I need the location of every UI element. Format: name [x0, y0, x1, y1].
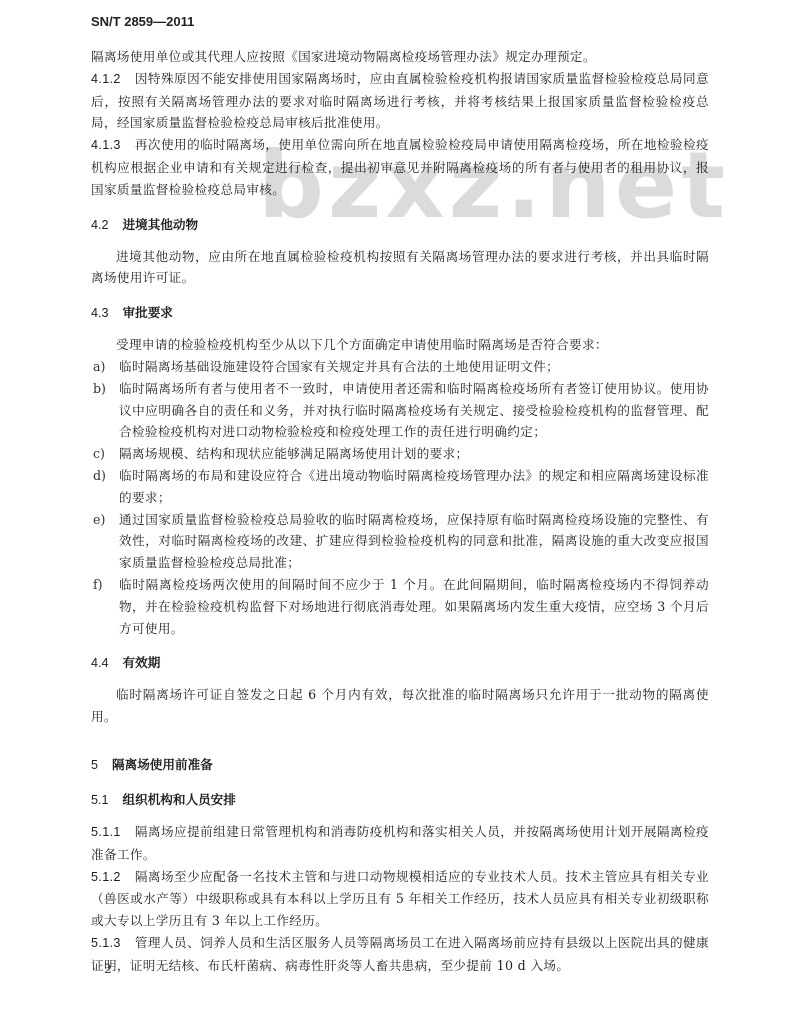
page-number: 2: [104, 962, 112, 976]
heading-title: 有效期: [123, 655, 161, 670]
clause-5-1-2: 5.1.2隔离场至少应配备一名技术主管和与进口动物规模相适应的专业技术人员。技术…: [91, 866, 709, 932]
clause-4-1-3: 4.1.3再次使用的临时隔离场，使用单位需向所在地直属检验检疫局申请使用隔离检疫…: [91, 134, 709, 200]
list-text: 临时隔离检疫场两次使用的间隔时间不应少于 1 个月。在此间隔期间，临时隔离检疫场…: [119, 574, 709, 639]
paragraph-4-1-1-continued: 隔离场使用单位或其代理人应按照《国家进境动物隔离检疫场管理办法》规定办理预定。: [91, 46, 709, 68]
list-text: 临时隔离场的布局和建设应符合《进出境动物临时隔离检疫场管理办法》的规定和相应隔离…: [119, 465, 709, 509]
heading-number: 4.4: [91, 656, 109, 670]
heading-4-4: 4.4有效期: [91, 652, 709, 674]
heading-4-3: 4.3审批要求: [91, 302, 709, 324]
heading-5-1: 5.1组织机构和人员安排: [91, 789, 709, 811]
page-content: 隔离场使用单位或其代理人应按照《国家进境动物隔离检疫场管理办法》规定办理预定。 …: [91, 46, 709, 977]
heading-title: 隔离场使用前准备: [112, 757, 213, 772]
list-item-c: c)隔离场规模、结构和现状应能够满足隔离场使用计划的要求；: [91, 443, 709, 465]
list-marker: c): [91, 443, 119, 465]
standard-code-header: SN/T 2859—2011: [91, 14, 194, 29]
clause-text: 管理人员、饲养人员和生活区服务人员等隔离场员工在进入隔离场前应持有县级以上医院出…: [91, 935, 709, 973]
document-page: SN/T 2859—2011 bzxz.net 隔离场使用单位或其代理人应按照《…: [0, 0, 800, 1034]
paragraph-4-3: 受理申请的检验检疫机构至少从以下几个方面确定申请使用临时隔离场是否符合要求：: [91, 334, 709, 356]
clause-text: 因特殊原因不能安排使用国家隔离场时，应由直属检验检疫机构报请国家质量监督检验检疫…: [91, 71, 709, 131]
list-marker: f): [91, 574, 119, 639]
clause-text: 隔离场应提前组建日常管理机构和消毒防疫机构和落实相关人员，并按隔离场使用计划开展…: [91, 824, 709, 862]
clause-number: 4.1.2: [91, 72, 121, 86]
list-text: 通过国家质量监督检验检疫总局验收的临时隔离检疫场，应保持原有临时隔离检疫场设施的…: [119, 509, 709, 574]
list-item-e: e)通过国家质量监督检验检疫总局验收的临时隔离检疫场，应保持原有临时隔离检疫场设…: [91, 509, 709, 574]
list-item-f: f)临时隔离检疫场两次使用的间隔时间不应少于 1 个月。在此间隔期间，临时隔离检…: [91, 574, 709, 639]
list-item-a: a)临时隔离场基础设施建设符合国家有关规定并具有合法的土地使用证明文件；: [91, 356, 709, 378]
list-item-b: b)临时隔离场所有者与使用者不一致时，申请使用者还需和临时隔离检疫场所有者签订使…: [91, 378, 709, 443]
clause-5-1-3: 5.1.3管理人员、饲养人员和生活区服务人员等隔离场员工在进入隔离场前应持有县级…: [91, 932, 709, 977]
clause-5-1-1: 5.1.1隔离场应提前组建日常管理机构和消毒防疫机构和落实相关人员，并按隔离场使…: [91, 821, 709, 866]
list-marker: a): [91, 356, 119, 378]
clause-number: 4.1.3: [91, 138, 121, 152]
clause-number: 5.1.1: [91, 825, 121, 839]
heading-number: 5.1: [91, 793, 109, 807]
heading-5: 5隔离场使用前准备: [91, 754, 709, 776]
heading-number: 4.3: [91, 306, 109, 320]
list-marker: d): [91, 465, 119, 509]
paragraph-4-2: 进境其他动物，应由所在地直属检验检疫机构按照有关隔离场管理办法的要求进行考核，并…: [91, 246, 709, 290]
clause-text: 再次使用的临时隔离场，使用单位需向所在地直属检验检疫局申请使用隔离检疫场，所在地…: [91, 137, 709, 197]
heading-title: 进境其他动物: [123, 217, 199, 232]
clause-4-1-2: 4.1.2因特殊原因不能安排使用国家隔离场时，应由直属检验检疫机构报请国家质量监…: [91, 68, 709, 134]
heading-number: 4.2: [91, 218, 109, 232]
clause-text: 隔离场至少应配备一名技术主管和与进口动物规模相适应的专业技术人员。技术主管应具有…: [91, 869, 709, 929]
heading-title: 审批要求: [123, 305, 173, 320]
list-text: 临时隔离场所有者与使用者不一致时，申请使用者还需和临时隔离检疫场所有者签订使用协…: [119, 378, 709, 443]
list-item-d: d)临时隔离场的布局和建设应符合《进出境动物临时隔离检疫场管理办法》的规定和相应…: [91, 465, 709, 509]
heading-title: 组织机构和人员安排: [123, 792, 236, 807]
clause-number: 5.1.3: [91, 936, 121, 950]
list-text: 临时隔离场基础设施建设符合国家有关规定并具有合法的土地使用证明文件；: [119, 356, 709, 378]
heading-number: 5: [91, 758, 98, 772]
clause-number: 5.1.2: [91, 870, 121, 884]
list-marker: b): [91, 378, 119, 443]
list-text: 隔离场规模、结构和现状应能够满足隔离场使用计划的要求；: [119, 443, 709, 465]
list-marker: e): [91, 509, 119, 574]
heading-4-2: 4.2进境其他动物: [91, 214, 709, 236]
paragraph-4-4: 临时隔离场许可证自签发之日起 6 个月内有效，每次批准的临时隔离场只允许用于一批…: [91, 684, 709, 728]
